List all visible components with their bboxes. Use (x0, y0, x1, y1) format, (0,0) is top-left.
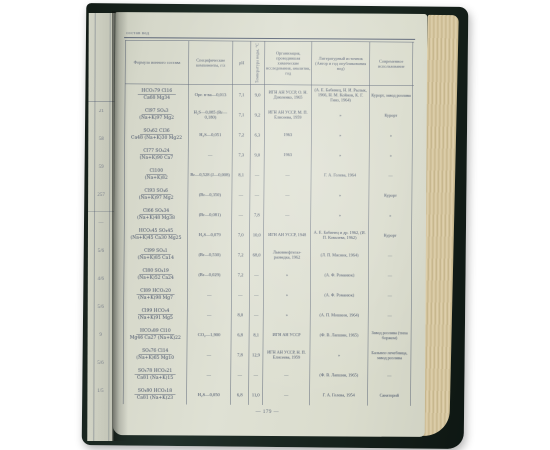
usage-cell: — (368, 366, 411, 386)
temperature-cell: 12,9 (249, 345, 263, 365)
organization-cell: — (264, 185, 311, 205)
components-cell: (Br—0,530) (188, 245, 232, 265)
header-formula: Формула ионного состава (125, 41, 189, 84)
table-row: Cl80 SO₄19(Na+K)52 Ca24(Br—0,029)7,2—»(А… (124, 264, 413, 286)
left-page-number: 257 (97, 193, 105, 198)
source-cell: Г. А. Голева, 1954 (310, 385, 368, 405)
formula-numerator: SO₄80 НСО₃18 (134, 388, 175, 394)
temperature-cell: — (250, 165, 264, 185)
components-cell: — (187, 305, 231, 325)
source-cell: Г. А. Голева, 1964 (311, 165, 369, 185)
formula-denominator: (Na+K)90 Ca7 (140, 155, 173, 160)
source-cell: » (310, 345, 368, 365)
source-cell: (Ф. В. Лапшин, 1965) (310, 365, 368, 385)
usage-cell: — (369, 286, 412, 306)
formula-denominator: (Na+K)97 Mg2 (139, 195, 174, 200)
left-page-rule (88, 101, 114, 102)
formula-cell: Cl99 НСО₃4(Na+K)91 Mg5 (123, 304, 187, 324)
left-page-number: 5/6 (98, 305, 104, 310)
table-row: НСО₃79 Cl16Ca68 Mg34Орг. в-ва—0,0137,19,… (125, 84, 414, 106)
temperature-cell: — (250, 285, 264, 305)
components-cell: Орг. в-ва—0,013 (189, 85, 233, 105)
components-cell: H₂S—0,051 (188, 125, 232, 145)
components-cell: — (187, 365, 231, 385)
source-cell: (А. Ф. Романюк) (311, 285, 369, 305)
table-row: НСО₃45 SO₄45(Na+K)45 Ca30 Mg25H₂S—0,0797… (124, 224, 413, 246)
formula-cell: Cl100(Na+K)82 (124, 164, 188, 184)
usage-cell: Курорт, завод розлива (370, 86, 413, 106)
source-cell: (А. Е. Бабинец, Н. И. Рылык, 1966, Н. М.… (312, 85, 370, 105)
header-temperature: Температура воды, °С (251, 41, 265, 84)
formula-cell: SO₄62 Cl36Ca48 (Na+K)30 Mg22 (124, 124, 188, 144)
formula-denominator: (Na+K)82 (145, 175, 168, 180)
formula-denominator: Ca68 Mg34 (144, 95, 171, 100)
components-cell: Br—0,528 (J—0,008) (188, 165, 232, 185)
formula-numerator: Cl89 НСО₃20 (137, 288, 175, 294)
formula-cell: Cl99 SO₄1(Na+K)85 Ca14 (124, 244, 188, 264)
formula-denominator: (Na+K)85 Ca14 (138, 255, 174, 260)
temperature-cell: 9,0 (250, 145, 264, 165)
formula-denominator: (Na+K)91 Mg5 (138, 315, 173, 320)
formula-denominator: Ca81 (Na+K)23 (137, 395, 173, 400)
usage-cell: Курорт (369, 186, 412, 206)
source-cell: » (311, 125, 369, 145)
temperature-cell: 68,0 (250, 245, 264, 265)
organization-cell: ИГН АН УССР (263, 325, 310, 345)
source-cell: А. Е. Бабинец и др. 1962, (И. П. Ковалев… (311, 225, 369, 245)
formula-numerator: Cl93 SO₄6 (141, 188, 172, 194)
components-cell: (Br—0,081) (188, 205, 232, 225)
left-page-number: — (99, 221, 104, 226)
left-page-number: 21 (99, 109, 104, 114)
table-row: SO₄76 Cl14(Na+K)65 Mg10—7,812,9ИГН АН УС… (123, 344, 412, 366)
formula-cell: Cl66 SO₄34(Na+K)48 Mg38 (124, 204, 188, 224)
table-row: Cl93 SO₄6(Na+K)97 Mg2(Br—0,350)———»Курор… (124, 184, 413, 206)
ph-cell: 7,2 (232, 125, 250, 145)
formula-numerator: НСО₃89 Cl10 (137, 328, 175, 334)
ph-cell: — (232, 185, 250, 205)
table-continuation-label: состав вод (126, 30, 149, 35)
organization-cell: — (264, 165, 311, 185)
header-usage: Современное использование (370, 42, 413, 85)
ph-cell: 6,8 (231, 325, 249, 345)
formula-numerator: Cl66 SO₄34 (139, 208, 172, 214)
formula-cell: Cl80 SO₄19(Na+K)52 Ca24 (124, 264, 188, 284)
header-ph: pH (233, 41, 251, 84)
formula-denominator: Mg46 Ca27 (Na+K)22 (130, 335, 181, 340)
ph-cell: 6,8 (231, 385, 249, 405)
usage-cell: — (369, 266, 412, 286)
table-row: SO₄80 НСО₃18Ca81 (Na+K)23H₂S—0,0506,811,… (123, 384, 412, 406)
organization-cell: » (263, 305, 310, 325)
usage-cell: Санаторий (368, 386, 411, 406)
organization-cell: 1963 (264, 145, 311, 165)
header-organization: Организация, проводившая химические иссл… (265, 41, 312, 84)
table-row: Cl97 SO₄3(Na+K)97 Mg2H₂S—0,085 (Br—0,180… (125, 104, 414, 126)
usage-cell: Бальнео-лечебница, завод розлива (368, 346, 411, 366)
temperature-cell: 9,0 (251, 85, 265, 105)
table-row: Cl89 НСО₃20(Na+K)98 Mg7———»(А. Ф. Романю… (124, 284, 413, 306)
book-photo: 215859257—5/64/65/695/61/5 состав вод Фо… (0, 0, 550, 450)
components-cell: (Br—0,350) (188, 185, 232, 205)
ph-cell: — (231, 365, 249, 385)
organization-cell: » (264, 265, 311, 285)
usage-cell: — (368, 306, 411, 326)
temperature-cell: 6,3 (250, 125, 264, 145)
ph-cell: 7,0 (232, 225, 250, 245)
components-cell: — (187, 345, 231, 365)
organization-cell: ИГН АН УССР, 1948 (264, 225, 311, 245)
ph-cell: 8,1 (232, 165, 250, 185)
table-header-row: Формула ионного состава Специфические ко… (125, 40, 414, 86)
organization-cell: — (264, 205, 311, 225)
ph-cell: 7,2 (232, 265, 250, 285)
organization-cell: ИГН АН УССР, О. Н. Дзюленко, 1965 (265, 85, 312, 105)
components-cell: H₂S—0,079 (188, 225, 232, 245)
formula-denominator: (Na+K)65 Mg10 (136, 355, 174, 360)
left-page-number: 9 (99, 333, 102, 338)
organization-cell: — (263, 365, 310, 385)
formula-numerator: НСО₃45 SO₄45 (135, 228, 176, 234)
formula-cell: НСО₃45 SO₄45(Na+K)45 Ca30 Mg25 (124, 224, 188, 244)
left-page-number: 58 (99, 137, 104, 142)
formula-numerator: SO₄62 Cl36 (140, 128, 173, 134)
header-source: Литературный источник (Автор и год опубл… (312, 42, 370, 85)
temperature-cell: 7,8 (250, 205, 264, 225)
source-cell: (Ф. В. Лапшин, 1965) (310, 325, 368, 345)
table-row: SO₄62 Cl36Ca48 (Na+K)30 Mg22H₂S—0,0517,2… (124, 124, 413, 146)
table-row: Cl77 SO₄24(Na+K)90 Ca7—7,39,01963»» (124, 144, 413, 166)
temperature-cell: 9,2 (251, 105, 265, 125)
formula-numerator: Cl99 SO₄1 (141, 248, 172, 254)
formula-cell: Cl77 SO₄24(Na+K)90 Ca7 (124, 144, 188, 164)
formula-cell: Cl93 SO₄6(Na+K)97 Mg2 (124, 184, 188, 204)
organization-cell: 1963 (264, 125, 311, 145)
left-page-number: 5/6 (98, 249, 104, 254)
organization-cell: ИГН АН УССР, М. П. Елисеева, 1959 (265, 105, 312, 125)
formula-numerator: Cl99 НСО₃4 (138, 308, 173, 314)
ph-cell: 7,2 (232, 245, 250, 265)
formula-numerator: Cl97 SO₄3 (141, 108, 172, 114)
left-page-number: 4/6 (98, 277, 104, 282)
formula-cell: SO₄78 НСО₃21Ca81 (Na+K)15 (123, 364, 187, 384)
formula-cell: Cl97 SO₄3(Na+K)97 Mg2 (125, 104, 189, 124)
temperature-cell: — (249, 365, 263, 385)
organization-cell: — (263, 385, 310, 405)
formula-denominator: (Na+K)98 Mg7 (138, 295, 173, 300)
source-cell: » (311, 145, 369, 165)
source-cell: » (311, 205, 369, 225)
ph-cell: 8,0 (231, 305, 249, 325)
table-row: SO₄78 НСО₃21Ca81 (Na+K)15————(Ф. В. Лапш… (123, 364, 412, 386)
organization-cell: ИГН АН УССР, Н. П. Елисеева, 1959 (263, 345, 310, 365)
left-page-number: 1/5 (97, 389, 103, 394)
formula-denominator: (Na+K)48 Mg38 (137, 215, 175, 220)
source-cell: (А. Ф. Романюк) (311, 265, 369, 285)
header-temperature-label: Температура воды, °С (255, 43, 260, 83)
formula-denominator: (Na+K)52 Ca24 (138, 275, 174, 280)
formula-numerator: Cl100 (146, 168, 167, 174)
table-row: Cl66 SO₄34(Na+K)48 Mg38(Br—0,081)—7,8—»» (124, 204, 413, 226)
components-cell: H₂S—0,050 (187, 385, 231, 405)
ph-cell: 7,1 (233, 85, 251, 105)
usage-cell: » (369, 146, 412, 166)
page-content: состав вод Формула ионного состава Специ… (113, 12, 428, 437)
temperature-cell: 11,0 (249, 385, 263, 405)
table-row: Cl99 SO₄1(Na+K)85 Ca14(Br—0,530)7,268,0Л… (124, 244, 413, 266)
usage-cell: » (369, 206, 412, 226)
source-cell: (Л. П. Мясник, 1964) (311, 245, 369, 265)
formula-cell: НСО₃89 Cl10Mg46 Ca27 (Na+K)22 (123, 324, 187, 344)
temperature-cell: — (249, 305, 263, 325)
formula-denominator: (Na+K)45 Ca30 Mg25 (130, 235, 181, 240)
usage-cell: — (369, 166, 412, 186)
left-page-numbers: 215859257—5/64/65/695/61/5 (87, 109, 114, 394)
usage-cell: Курорт (369, 226, 412, 246)
ph-cell: 7,8 (231, 345, 249, 365)
ph-cell: 7,1 (233, 105, 251, 125)
components-cell: CO₂—1,900 (187, 325, 231, 345)
book-page: состав вод Формула ионного состава Специ… (113, 12, 428, 437)
table-body: НСО₃79 Cl16Ca68 Mg34Орг. в-ва—0,0137,19,… (123, 84, 414, 406)
formula-cell: SO₄76 Cl14(Na+K)65 Mg10 (123, 344, 187, 364)
table-row: Cl99 НСО₃4(Na+K)91 Mg5—8,0—»(А. П. Мошки… (123, 304, 412, 326)
formula-denominator: Ca81 (Na+K)15 (137, 375, 173, 380)
water-analysis-table: Формула ионного состава Специфические ко… (123, 40, 414, 406)
temperature-cell: — (250, 265, 264, 285)
components-cell: — (188, 285, 232, 305)
formula-numerator: SO₄76 Cl14 (139, 348, 172, 354)
page-number: — 179 — (123, 408, 412, 415)
header-components: Специфические компоненты, г/л (189, 41, 233, 84)
source-cell: » (311, 185, 369, 205)
formula-cell: НСО₃79 Cl16Ca68 Mg34 (125, 84, 189, 104)
temperature-cell: 8,1 (249, 325, 263, 345)
left-page-fragment: 215859257—5/64/65/695/61/5 (87, 13, 114, 441)
formula-cell: SO₄80 НСО₃18Ca81 (Na+K)23 (123, 384, 187, 404)
source-cell: (А. П. Мошкин, 1964) (310, 305, 368, 325)
formula-numerator: SO₄78 НСО₃21 (134, 368, 175, 374)
formula-cell: Cl89 НСО₃20(Na+K)98 Mg7 (124, 284, 188, 304)
temperature-cell: 10,0 (250, 225, 264, 245)
source-cell: » (312, 105, 370, 125)
left-page-number: 59 (99, 165, 104, 170)
components-cell: — (188, 145, 232, 165)
components-cell: (Br—0,029) (188, 265, 232, 285)
components-cell: H₂S—0,085 (Br—0,180) (189, 105, 233, 125)
formula-numerator: НСО₃79 Cl16 (138, 88, 176, 94)
organization-cell: Львовнефтегаз-разведка, 1962 (264, 245, 311, 265)
formula-denominator: (Na+K)97 Mg2 (139, 115, 174, 120)
ph-cell: 7,3 (232, 145, 250, 165)
ph-cell: — (232, 205, 250, 225)
usage-cell: — (369, 246, 412, 266)
ph-cell: — (232, 285, 250, 305)
usage-cell: » (369, 126, 412, 146)
left-page-number: 5/6 (97, 361, 103, 366)
formula-denominator: Ca48 (Na+K)30 Mg22 (131, 135, 182, 140)
table-row: НСО₃89 Cl10Mg46 Ca27 (Na+K)22CO₂—1,9006,… (123, 324, 412, 346)
table-row: Cl100(Na+K)82Br—0,528 (J—0,008)8,1——Г. А… (124, 164, 413, 186)
usage-cell: Курорт (370, 106, 413, 126)
formula-numerator: Cl80 SO₄19 (139, 268, 172, 274)
formula-numerator: Cl77 SO₄24 (140, 148, 173, 154)
organization-cell: » (264, 285, 311, 305)
usage-cell: Завод розлива (типа боржом) (368, 326, 411, 346)
temperature-cell: — (250, 185, 264, 205)
